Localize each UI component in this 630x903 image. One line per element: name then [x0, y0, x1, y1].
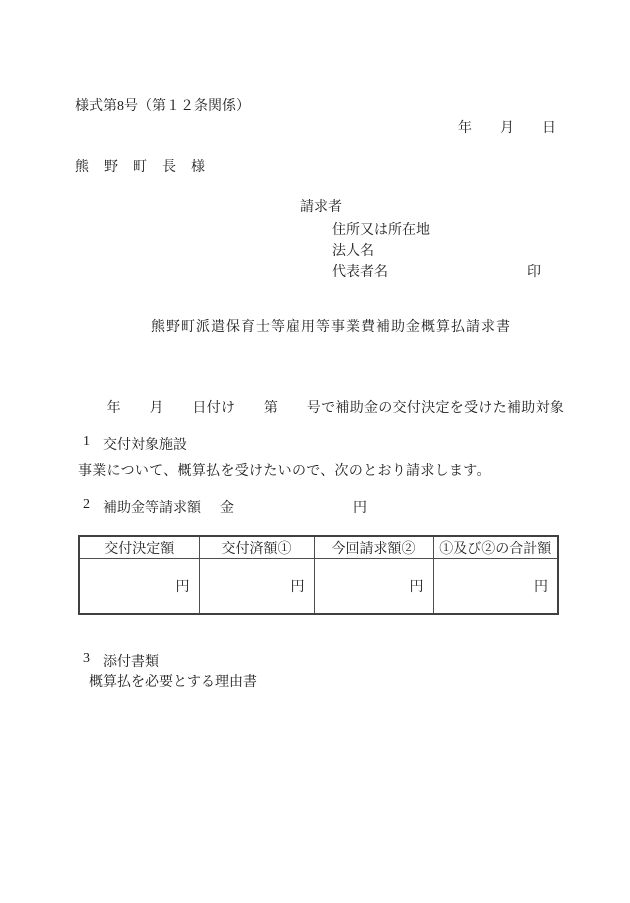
body-line-1: 年 月 日付け 第 号で補助金の交付決定を受けた補助対象 [78, 398, 564, 419]
cell-total-amount: 円 [433, 559, 558, 615]
amount-table-value-row: 円 円 円 円 [79, 559, 558, 615]
header-total-amount: ①及び②の合計額 [433, 536, 558, 559]
item-label: 交付対象施設 [103, 434, 187, 454]
item-label: 補助金等請求額 [103, 497, 201, 517]
cell-already-paid-amount: 円 [199, 559, 314, 615]
body-line-2: 事業について、概算払を受けたいので、次のとおり請求します。 [78, 461, 564, 482]
seal-mark: 印 [527, 261, 541, 281]
claimant-address-label: 住所又は所在地 [332, 219, 430, 239]
cell-current-claim-amount: 円 [314, 559, 433, 615]
amount-table: 交付決定額 交付済額① 今回請求額② ①及び②の合計額 円 円 円 円 [78, 535, 559, 615]
document-title: 熊野町派遣保育士等雇用等事業費補助金概算払請求書 [151, 316, 511, 336]
claimant-label: 請求者 [300, 196, 342, 216]
item-number: 3 [83, 651, 90, 667]
item-number: 1 [83, 434, 90, 450]
header-grant-decided-amount: 交付決定額 [79, 536, 199, 559]
header-already-paid-amount: 交付済額① [199, 536, 314, 559]
document-page: 様式第8号（第１２条関係） 年 月 日 熊 野 町 長 様 請求者 住所又は所在… [0, 0, 630, 903]
amount-unit: 円 [353, 497, 367, 517]
date-line: 年 月 日 [458, 117, 556, 137]
form-number: 様式第8号（第１２条関係） [75, 95, 250, 115]
amount-prefix: 金 [220, 497, 234, 517]
claimant-representative-label: 代表者名 [332, 261, 388, 281]
item-label: 添付書類 [103, 651, 159, 671]
amount-table-header-row: 交付決定額 交付済額① 今回請求額② ①及び②の合計額 [79, 536, 558, 559]
addressee: 熊 野 町 長 様 [75, 156, 206, 176]
header-current-claim-amount: 今回請求額② [314, 536, 433, 559]
attachment-detail: 概算払を必要とする理由書 [89, 671, 257, 691]
cell-grant-decided-amount: 円 [79, 559, 199, 615]
claimant-corporate-name-label: 法人名 [332, 240, 374, 260]
item-number: 2 [83, 497, 90, 513]
